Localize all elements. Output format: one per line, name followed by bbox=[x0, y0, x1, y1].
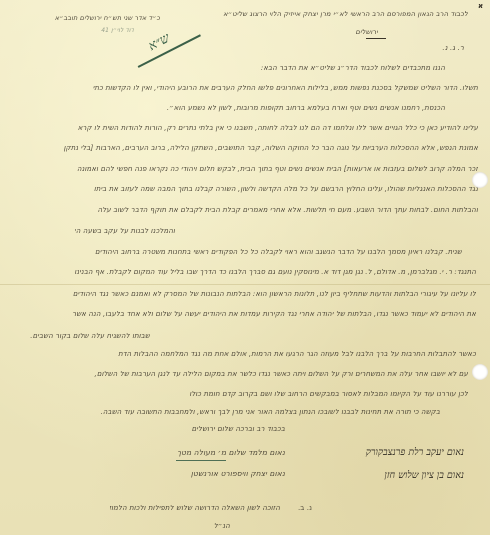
body-line-14: שבותו להשגיח עלה שלום בקור השבים. bbox=[20, 332, 150, 340]
body-line-10: שנית. קבלנו ראיון מסמך הלבנו על הדבר הנש… bbox=[32, 248, 462, 256]
body-line-1: הננו מתכבדים לשלוח לכבוד הדר״ג שליט״א את… bbox=[165, 64, 445, 72]
body-line-18: בקשה כי תורה את תחינות לבבנו לשובכו הנתו… bbox=[30, 408, 440, 416]
body-line-15: כאשר להתבלות החרבות על ברך הלבנו לבל מעו… bbox=[16, 350, 476, 358]
body-line-2: תשלו. הדור השליט שמשקל בסכנת נפשות ממש, … bbox=[16, 84, 478, 92]
body-line-6: זכר המלה קרוב לשלום בעזבות או ארעאות] הב… bbox=[16, 165, 478, 173]
body-line-7: נגד ההסכלות האנגליות שהולו, עלינו החלוץ … bbox=[16, 185, 478, 193]
signatory-left-2: נאום יצחק וויספורט אורנשטן bbox=[175, 469, 285, 478]
body-line-16: עם לא יושבו אחר עלה את המשחרים ורק על הש… bbox=[13, 370, 468, 378]
body-line-11: התנגד: ר. י. מגלברמן, מ. אדולם, ל. נגן מ… bbox=[16, 268, 476, 276]
punch-hole-bottom bbox=[472, 364, 488, 380]
postscript-prefix: נ. ב. bbox=[295, 504, 312, 512]
body-line-9: והמלכנו לבנות על עקב בשעה האמר לעיל. bbox=[75, 227, 175, 235]
body-line-3: הכנסת, רחמנו אנשים נשים וטף וארח בעלמא ב… bbox=[165, 104, 445, 112]
punch-hole-top bbox=[472, 172, 488, 188]
green-signature-underline bbox=[176, 460, 226, 461]
signatory-right-1: נאום יעקב רלת פרנצבקורק bbox=[324, 447, 464, 458]
salutation: ר. ג. נ. bbox=[424, 44, 464, 52]
body-line-8: והבלתות החום. לבחות עתך הדור השבע. מעם ח… bbox=[23, 206, 478, 214]
page-number: א bbox=[478, 2, 483, 10]
paper-fold-line bbox=[0, 284, 490, 285]
date-note: כ״ד אדר שני תש״ח ירושלים תובב״א bbox=[30, 14, 160, 22]
body-line-5: אמונת הנפש, אלא ההסכלות הערביות על נוגה … bbox=[8, 144, 478, 152]
archive-note: דוד לוי״ן 41 bbox=[70, 27, 134, 34]
postscript-text: הזוכה לשון השאלה הדרושה שלוש לתפילות ולכ… bbox=[110, 504, 280, 512]
postscript-closing: הנ״ל bbox=[210, 522, 230, 530]
body-line-12: לו עליונו על עיגורי הבלתות והדעות שתחליף… bbox=[16, 290, 476, 298]
addressee-city: ירושלים bbox=[338, 28, 378, 36]
addressee-line: לכבוד הרב הגאון המפורסם הרב הראשי לא״י מ… bbox=[198, 10, 468, 18]
body-line-4: עלינו להודיע כאן כי כלל הגויים אשר ללו ו… bbox=[16, 124, 478, 132]
body-line-17: לכן עוררנו עוד על הקיומו המבלות לאסור במ… bbox=[78, 390, 468, 398]
signatory-left-1: נאום מלמד שלום מ׳ מעולה מטך bbox=[175, 448, 285, 457]
signatory-right-2: נאום בן ציון שלוש חזן bbox=[324, 470, 464, 481]
city-underline bbox=[366, 38, 386, 39]
body-line-13: את היהודים לא יעמוד כאשר נגדו, הבלתות של… bbox=[16, 310, 476, 318]
closing-line: בכבוד רב וברכה שלום ירושלים bbox=[175, 425, 285, 433]
